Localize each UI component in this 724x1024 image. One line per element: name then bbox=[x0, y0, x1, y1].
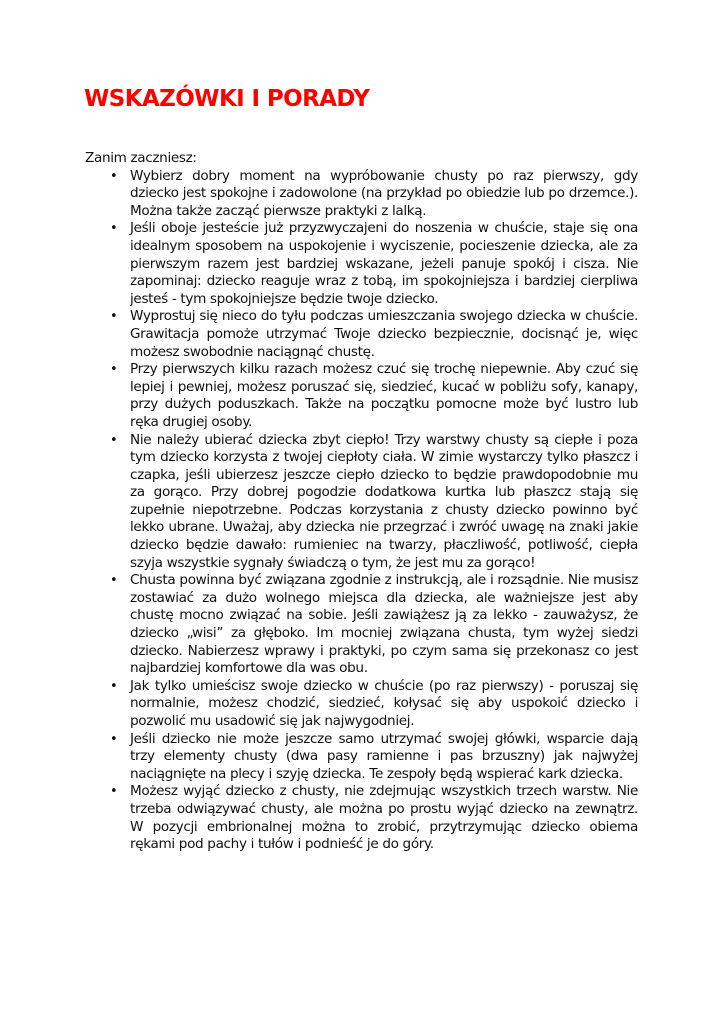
list-item: • Możesz wyjąć dziecko z chusty, nie zde… bbox=[85, 783, 638, 853]
tip-text: Chusta powinna być związana zgodnie z in… bbox=[130, 572, 638, 676]
tip-text: Jeśli dziecko nie może jeszcze samo utrz… bbox=[130, 731, 638, 782]
list-item: • Nie należy ubierać dziecka zbyt ciepło… bbox=[85, 432, 638, 573]
tip-text: Możesz wyjąć dziecko z chusty, nie zdejm… bbox=[130, 783, 638, 852]
document-page: WSKAZÓWKI I PORADY Zanim zaczniesz: • Wy… bbox=[0, 0, 724, 1024]
page-title: WSKAZÓWKI I PORADY bbox=[84, 86, 369, 112]
bullet-icon: • bbox=[110, 361, 117, 379]
bullet-icon: • bbox=[110, 168, 117, 186]
bullet-icon: • bbox=[110, 220, 117, 238]
intro-heading: Zanim zaczniesz: bbox=[85, 150, 197, 168]
list-item: • Jeśli dziecko nie może jeszcze samo ut… bbox=[85, 731, 638, 784]
tip-text: Przy pierwszych kilku razach możesz czuć… bbox=[130, 361, 638, 430]
bullet-icon: • bbox=[110, 432, 117, 450]
list-item: • Jak tylko umieścisz swoje dziecko w ch… bbox=[85, 678, 638, 731]
bullet-icon: • bbox=[110, 783, 117, 801]
tip-text: Nie należy ubierać dziecka zbyt ciepło! … bbox=[130, 432, 638, 571]
list-item: • Wybierz dobry moment na wypróbowanie c… bbox=[85, 168, 638, 221]
bullet-icon: • bbox=[110, 678, 117, 696]
list-item: • Wyprostuj się nieco do tyłu podczas um… bbox=[85, 308, 638, 361]
tip-text: Jeśli oboje jesteście już przyzwyczajeni… bbox=[130, 220, 638, 306]
tip-text: Jak tylko umieścisz swoje dziecko w chuś… bbox=[130, 678, 638, 729]
tip-text: Wybierz dobry moment na wypróbowanie chu… bbox=[130, 168, 638, 219]
list-item: • Przy pierwszych kilku razach możesz cz… bbox=[85, 361, 638, 431]
list-item: • Jeśli oboje jesteście już przyzwyczaje… bbox=[85, 220, 638, 308]
bullet-icon: • bbox=[110, 308, 117, 326]
tips-list: • Wybierz dobry moment na wypróbowanie c… bbox=[85, 168, 638, 854]
tip-text: Wyprostuj się nieco do tyłu podczas umie… bbox=[130, 308, 638, 359]
bullet-icon: • bbox=[110, 731, 117, 749]
bullet-icon: • bbox=[110, 572, 117, 590]
list-item: • Chusta powinna być związana zgodnie z … bbox=[85, 572, 638, 678]
